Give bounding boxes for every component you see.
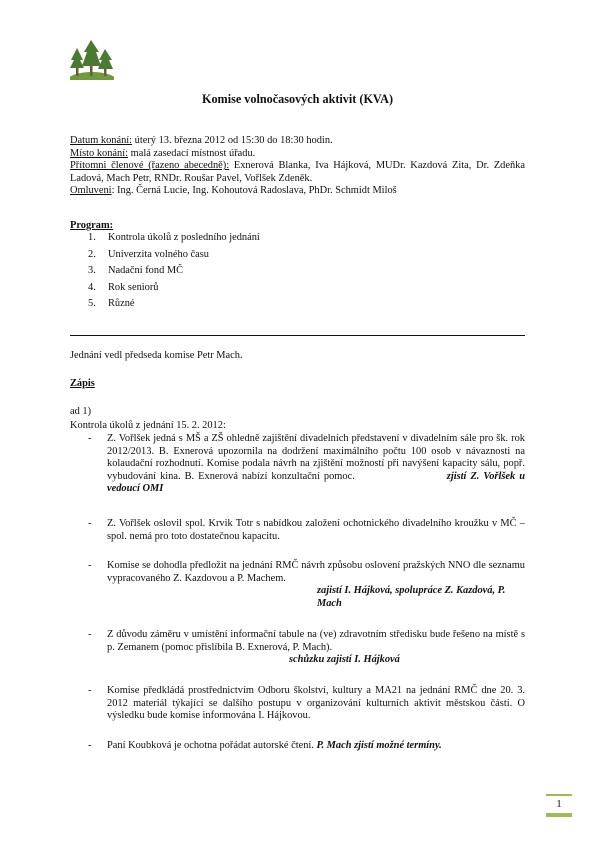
- place-value: malá zasedací místnost úřadu.: [128, 148, 255, 159]
- present-line: Přítomni členové (řazeno abecedně): Exne…: [70, 160, 525, 185]
- page-number-top-bar: [546, 794, 572, 796]
- place-label: Místo konání:: [70, 148, 128, 159]
- page-number: 1: [546, 794, 572, 807]
- program-heading: Program:: [70, 220, 113, 233]
- date-value: úterý 13. března 2012 od 15:30 do 18:30 …: [132, 135, 333, 146]
- program-item: 1.Kontrola úkolů z posledního jednání: [88, 232, 260, 249]
- document-title: Komise volnočasových aktivit (KVA): [0, 93, 595, 106]
- program-item: 2.Univerzita volného času: [88, 249, 260, 266]
- excused-line: Omluveni: Ing. Černá Lucie, Ing. Kohouto…: [70, 185, 525, 198]
- minutes-item: - Z. Vořlšek jedná s MŠ a ZŠ ohledně zaj…: [88, 433, 525, 496]
- meeting-details: Datum konání: úterý 13. března 2012 od 1…: [70, 135, 525, 198]
- program-list: 1.Kontrola úkolů z posledního jednání 2.…: [88, 232, 260, 315]
- minutes-item: - Z. Vořlšek oslovil spol. Krvik Totr s …: [88, 518, 525, 543]
- forest-trees-logo-icon: [70, 40, 114, 80]
- chair-statement: Jednání vedl předseda komise Petr Mach.: [70, 350, 243, 363]
- responsible-note: schůzku zajistí I. Hájková: [107, 654, 525, 667]
- program-item: 4.Rok seniorů: [88, 282, 260, 299]
- minutes-item: - Paní Koubková je ochotna pořádat autor…: [88, 740, 525, 753]
- responsible-note: P. Mach zjistí možné termíny.: [316, 740, 441, 751]
- minutes-heading: Zápis: [70, 378, 95, 391]
- minutes-item: - Komise předkládá prostřednictvím Odbor…: [88, 685, 525, 723]
- minutes-item: - Komise se dohodla předložit na jednání…: [88, 560, 525, 610]
- date-line: Datum konání: úterý 13. března 2012 od 1…: [70, 135, 525, 148]
- place-line: Místo konání: malá zasedací místnost úřa…: [70, 148, 525, 161]
- agenda-point-label: ad 1): [70, 406, 91, 419]
- divider: [70, 335, 525, 336]
- task-review-heading: Kontrola úkolů z jednání 15. 2. 2012:: [70, 420, 226, 433]
- page-number-bottom-bar: [546, 813, 572, 817]
- date-label: Datum konání:: [70, 135, 132, 146]
- present-label: Přítomni členové (řazeno abecedně):: [70, 160, 229, 171]
- responsible-note: zajistí I. Hájková, spolupráce Z. Kazdov…: [107, 585, 525, 610]
- minutes-item: - Z důvodu záměru v umístění informační …: [88, 629, 525, 667]
- program-item: 3.Nadační fond MČ: [88, 265, 260, 282]
- excused-label: Omluveni: [70, 185, 112, 196]
- program-item: 5.Různé: [88, 298, 260, 315]
- excused-value: : Ing. Černá Lucie, Ing. Kohoutová Rados…: [112, 185, 397, 196]
